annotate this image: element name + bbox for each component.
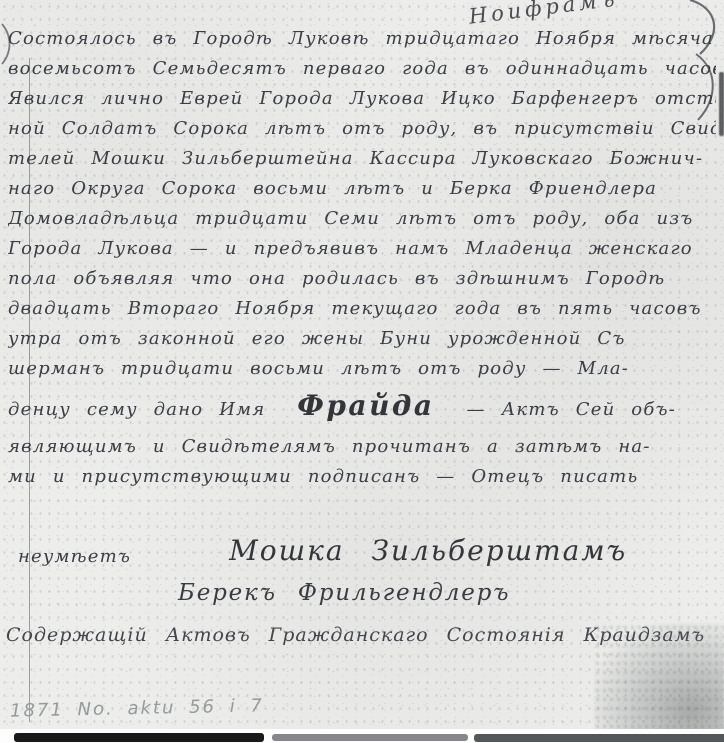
record-line: наго Округа Сорока восьми лѣтъ и Берка Ф… xyxy=(8,174,716,204)
scanner-edge-bar xyxy=(272,734,468,741)
record-line: ми и присутствующими подписанъ — Отецъ п… xyxy=(8,462,716,492)
record-line: Состоялось въ Городѣ Луковѣ тридцатаго Н… xyxy=(8,24,716,54)
scan-corner-shadow xyxy=(594,623,724,733)
record-line-given-name: денцу сему дано Имя Фрайда — Актъ Сей об… xyxy=(8,384,716,432)
record-line: Домовладѣльца тридцати Семи лѣтъ отъ род… xyxy=(8,204,716,234)
record-line: телей Мошки Зильберштейна Кассира Луковс… xyxy=(8,144,716,174)
record-line: восемьсотъ Семьдесятъ перваго года въ од… xyxy=(8,54,716,84)
record-line: Города Лукова — и предъявивъ намъ Младен… xyxy=(8,234,716,264)
name-line-post: — Актъ Сей объ- xyxy=(466,399,676,420)
record-line: ной Солдатъ Сорока лѣтъ отъ роду, въ при… xyxy=(8,114,716,144)
record-line: двадцать Втораго Ноября текущаго года въ… xyxy=(8,294,716,324)
record-lines-top: Состоялось въ Городѣ Луковѣ тридцатаго Н… xyxy=(8,24,716,384)
name-line-pre: денцу сему дано Имя xyxy=(8,399,265,420)
record-line: Явился лично Еврей Города Лукова Ицко Ба… xyxy=(8,84,716,114)
scanned-record-page: Ноифрамъ Состоялось въ Городѣ Луковѣ три… xyxy=(0,0,724,743)
cannot-write-note: неумѣетъ xyxy=(18,546,131,567)
witness-signature-1: Мошка Зильберштамъ xyxy=(229,534,627,567)
scanner-edge-bar xyxy=(474,734,724,742)
binding-shadow xyxy=(719,72,724,136)
witness-signature-2: Берекъ Фрильгендлеръ xyxy=(178,580,510,606)
given-name-highlight: Фрайда xyxy=(297,389,434,422)
scanner-edge-bar xyxy=(14,733,264,742)
record-line: шерманъ тридцати восьми лѣтъ отъ роду — … xyxy=(8,354,716,384)
record-lines-bottom: являющимъ и Свидѣтелямъ прочитанъ а затѣ… xyxy=(8,432,716,492)
archival-pencil-note: 1871 No. aktu 56 i 7 xyxy=(10,695,264,721)
signature-row: неумѣетъ Мошка Зильберштамъ xyxy=(8,505,708,567)
record-text: Состоялось въ Городѣ Луковѣ тридцатаго Н… xyxy=(8,24,716,492)
record-line: утра отъ законной его жены Буни урожденн… xyxy=(8,324,716,354)
record-line: пола объявляя что она родилась въ здѣшни… xyxy=(8,264,716,294)
record-line: являющимъ и Свидѣтелямъ прочитанъ а затѣ… xyxy=(8,432,716,462)
